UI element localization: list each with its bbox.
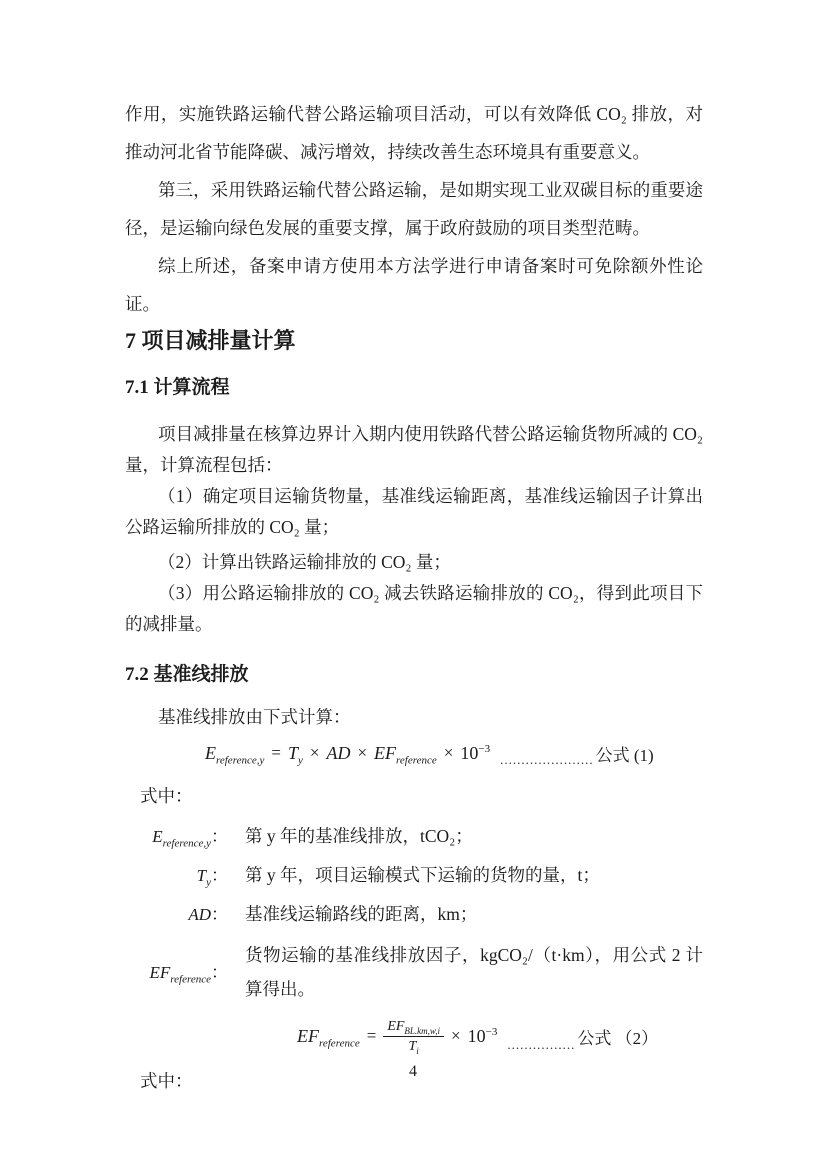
fraction: EFBL.km,w,i Ti	[383, 1018, 444, 1055]
definition-row: EFreference： 货物运输的基准线排放因子，kgCO₂/（t·km），用…	[125, 938, 703, 1006]
paragraph-third-point: 第三，采用铁路运输代替公路运输，是如期实现工业双碳目标的重要途径，是运输向绿色发…	[125, 171, 703, 247]
variable-symbol: Ereference,y：	[125, 821, 228, 852]
formula-1-lhs: Ereference,y	[205, 743, 264, 764]
dotted-leader: ......................	[500, 747, 594, 773]
variable-description: 基准线运输路线的距离，km；	[245, 899, 703, 930]
page-number: 4	[0, 1062, 826, 1082]
variable-symbol: Ty：	[125, 860, 228, 891]
formula-1-power: 10−3	[460, 743, 490, 764]
section-7-2-heading: 7.2 基准线排放	[125, 661, 703, 689]
calc-step-1: （1）确定项目运输货物量，基准线运输距离，基准线运输因子计算出公路运输所排放的 …	[125, 481, 703, 543]
formula-1: Ereference,y = Ty × AD × EFreference × 1…	[205, 733, 703, 773]
formula-2-lhs: EFreference	[297, 1026, 360, 1047]
multiply-sign: ×	[451, 1026, 461, 1046]
multiply-sign: ×	[310, 743, 320, 763]
formula-1-ef: EFreference	[374, 743, 437, 764]
section-7-1-intro: 项目减排量在核算边界计入期内使用铁路代替公路运输货物所减的 CO₂ 量，计算流程…	[125, 419, 703, 481]
section-7-1-heading: 7.1 计算流程	[125, 374, 703, 402]
multiply-sign: ×	[357, 743, 367, 763]
section-7-2-intro: 基准线排放由下式计算：	[125, 702, 703, 733]
multiply-sign: ×	[444, 743, 454, 763]
formula-1-label: 公式 (1)	[596, 741, 654, 766]
paragraph-continuation: 作用，实施铁路运输代替公路运输项目活动，可以有效降低 CO₂ 排放，对推动河北省…	[125, 95, 703, 171]
definition-row: AD： 基准线运输路线的距离，km；	[125, 899, 703, 930]
formula-2: EFreference = EFBL.km,w,i Ti × 10−3 ....…	[297, 1014, 703, 1058]
formula-1-ad: AD	[326, 743, 350, 764]
formula-2-power: 10−3	[468, 1026, 498, 1047]
variable-symbol: EFreference：	[125, 957, 228, 988]
variable-description: 货物运输的基准线排放因子，kgCO₂/（t·km），用公式 2 计算得出。	[245, 938, 703, 1006]
formula-1-t: Ty	[288, 743, 303, 764]
document-page: 作用，实施铁路运输代替公路运输项目活动，可以有效降低 CO₂ 排放，对推动河北省…	[0, 0, 826, 1169]
calc-step-2: （2）计算出铁路运输排放的 CO₂ 量；	[125, 547, 703, 578]
equals-sign: =	[367, 1026, 377, 1046]
formula-2-label: 公式 （2）	[577, 1024, 658, 1049]
variable-description: 第 y 年，项目运输模式下运输的货物的量，t；	[245, 860, 703, 891]
variable-symbol: AD：	[125, 899, 228, 930]
variable-definitions: Ereference,y： 第 y 年的基准线排放，tCO₂； Ty： 第 y …	[125, 821, 703, 1006]
equals-sign: =	[271, 743, 281, 763]
where-clause-1: 式中：	[125, 781, 703, 812]
dotted-leader: ................	[507, 1032, 575, 1058]
fraction-denominator: Ti	[409, 1037, 419, 1055]
fraction-numerator: EFBL.km,w,i	[383, 1018, 444, 1037]
definition-row: Ereference,y： 第 y 年的基准线排放，tCO₂；	[125, 821, 703, 852]
variable-description: 第 y 年的基准线排放，tCO₂；	[245, 821, 703, 852]
section-7-heading: 7 项目减排量计算	[125, 325, 703, 357]
calc-step-3: （3）用公路运输排放的 CO₂ 减去铁路运输排放的 CO₂，得到此项目下的减排量…	[125, 578, 703, 640]
definition-row: Ty： 第 y 年，项目运输模式下运输的货物的量，t；	[125, 860, 703, 891]
paragraph-summary: 综上所述，备案申请方使用本方法学进行申请备案时可免除额外性论证。	[125, 247, 703, 323]
document-content: 作用，实施铁路运输代替公路运输项目活动，可以有效降低 CO₂ 排放，对推动河北省…	[125, 95, 703, 1097]
